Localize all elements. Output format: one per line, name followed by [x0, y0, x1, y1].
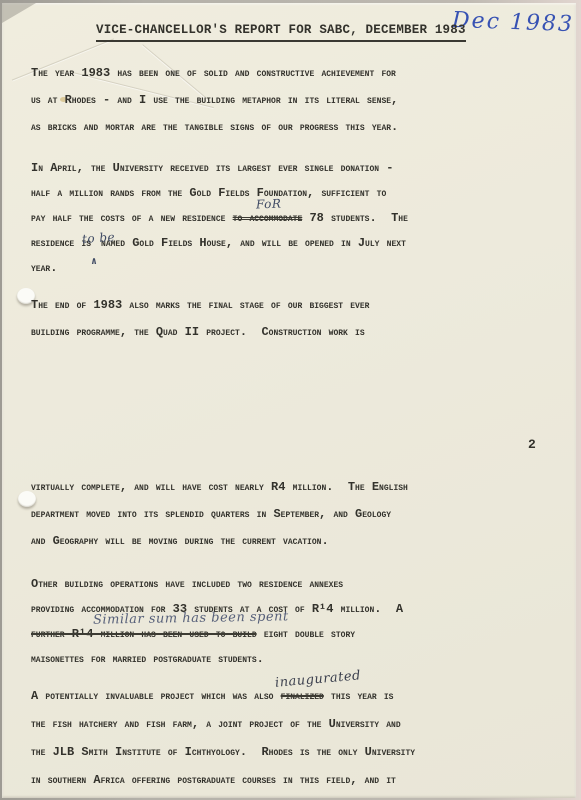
text-line: as bricks and mortar are the tangible si…: [31, 114, 398, 141]
text-line: The end of 1983 also marks the final sta…: [31, 292, 369, 319]
struck-text: finalized: [281, 689, 324, 703]
text-line: the JLB Smith Institute of Ichthyology. …: [31, 738, 415, 766]
correction-group: FoRto accommodate: [233, 211, 303, 225]
struck-text: further R¹4 million has been used to bui…: [31, 627, 257, 641]
text-line: A potentially invaluable project which w…: [31, 682, 415, 710]
text-line: the fish hatchery and fish farm, a joint…: [31, 710, 415, 738]
paragraph-2: In April, the University received its la…: [31, 156, 408, 281]
text-line: year.: [31, 256, 408, 281]
text-line: us at Rhodes - and I use the building me…: [31, 87, 398, 114]
scan-background: { "colors": { "paper": "#edeadc", "typew…: [0, 0, 581, 800]
correction-group: inauguratedfinalized: [281, 689, 324, 703]
handwritten-insertion-to-be: to be: [82, 231, 116, 245]
text-line: In April, the University received its la…: [31, 156, 408, 181]
paragraph-3: The end of 1983 also marks the final sta…: [31, 292, 369, 346]
handwritten-correction-similar-sum: Similar sum has been spent: [93, 611, 289, 626]
text-line: department moved into its splendid quart…: [31, 501, 408, 528]
paragraph-4: virtually complete, and will have cost n…: [31, 474, 408, 555]
struck-text: to accommodate: [233, 211, 303, 225]
text-line: half a million rands from the Gold Field…: [31, 181, 408, 206]
handwritten-date: Dec 1983: [452, 8, 575, 37]
text-line: in southern Africa offering postgraduate…: [31, 766, 415, 794]
correction-group: Similar sum has been spentfurther R¹4 mi…: [31, 627, 257, 641]
text-line: residence isto be∧named Gold Fields Hous…: [31, 231, 408, 256]
paragraph-5: Other building operations have included …: [31, 572, 403, 672]
text-segment: A potentially invaluable project which w…: [31, 689, 281, 703]
corner-fold: [2, 3, 36, 23]
text-segment: pay half the costs of a new residence: [31, 211, 233, 225]
text-segment: 78 students. The: [302, 211, 408, 225]
text-line: Other building operations have included …: [31, 572, 403, 597]
text-line: virtually complete, and will have cost n…: [31, 474, 408, 501]
text-line: maisonettes for married postgraduate stu…: [31, 647, 403, 672]
document-title: VICE-CHANCELLOR'S REPORT FOR SABC, DECEM…: [96, 23, 466, 42]
text-line: and Geography will be moving during the …: [31, 528, 408, 555]
handwritten-correction-for: FoR: [256, 198, 282, 211]
text-segment: eight double story: [257, 627, 355, 641]
text-line: pay half the costs of a new residence Fo…: [31, 206, 408, 231]
text-line: building programme, the Quad II project.…: [31, 319, 369, 346]
text-line: The year 1983 has been one of solid and …: [31, 60, 398, 87]
text-segment: named Gold Fields House, and will be ope…: [101, 236, 406, 250]
paragraph-1: The year 1983 has been one of solid and …: [31, 60, 398, 141]
paragraph-6: A potentially invaluable project which w…: [31, 682, 415, 794]
page-number: 2: [528, 437, 536, 452]
text-segment: this year is: [324, 689, 394, 703]
text-line: Similar sum has been spentfurther R¹4 mi…: [31, 622, 403, 647]
